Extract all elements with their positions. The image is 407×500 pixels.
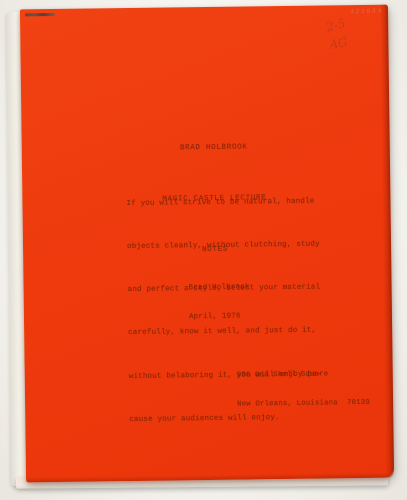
quote-line: objects cleanly, without clutching, stud… <box>127 238 320 255</box>
address-street: 936 One Shell Square <box>237 370 370 381</box>
title-line-author: BRAD HOLBROOK <box>30 137 398 159</box>
quote-line: If you will strive to be natural, handle <box>126 194 319 211</box>
signature-name: Brad Holbrook <box>189 283 250 294</box>
handwritten-note-1: 2-5 <box>325 16 347 34</box>
handwritten-note-2: AG <box>328 35 348 52</box>
address-block: 936 One Shell Square New Orleans, Louisi… <box>236 351 370 429</box>
signature-block: Brad Holbrook April, 1976 <box>188 263 250 342</box>
orange-cover-page: 421644 2-5 AG BRAD HOLBROOK MAGIC CASTLE… <box>20 5 394 483</box>
address-city: New Orleans, Louisiana 70139 <box>237 399 370 410</box>
faint-serial-number: 421644 <box>350 7 383 15</box>
signature-date: April, 1976 <box>189 312 250 323</box>
pen-mark <box>25 13 55 16</box>
scan-background: 421644 2-5 AG BRAD HOLBROOK MAGIC CASTLE… <box>0 0 407 500</box>
